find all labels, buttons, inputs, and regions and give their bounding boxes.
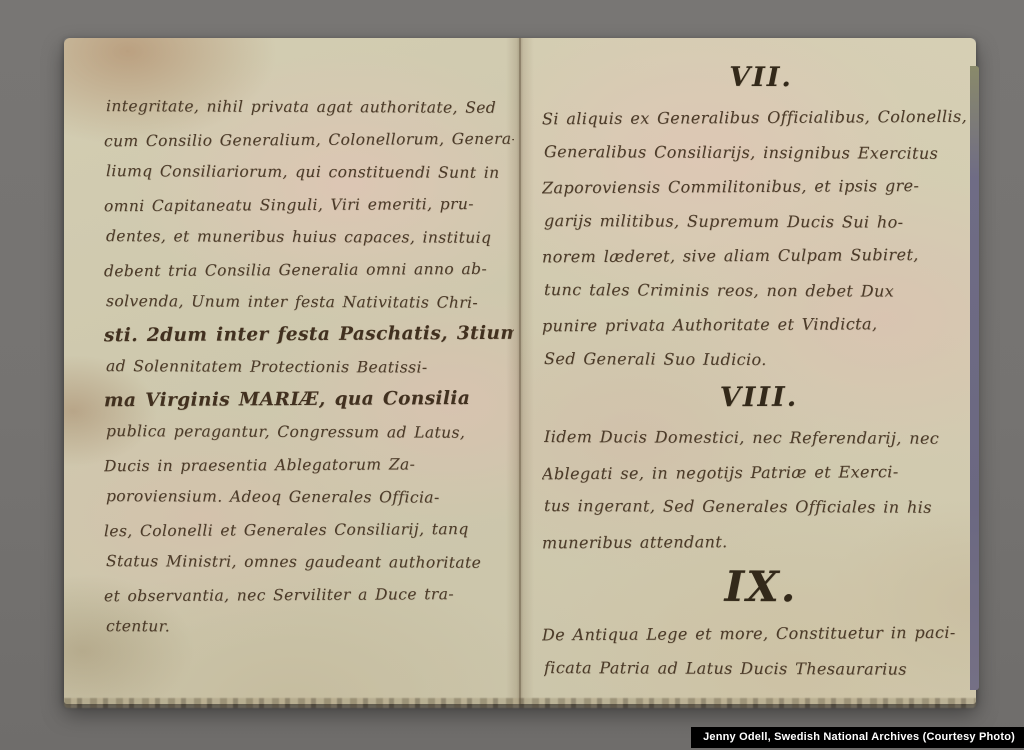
manuscript-line: garijs militibus, Supremum Ducis Sui ho- <box>544 205 976 241</box>
manuscript-line: solvenda, Unum inter festa Nativitatis C… <box>106 286 516 320</box>
manuscript-right-page: VII. Si aliquis ex Generalibus Officiali… <box>520 38 976 704</box>
manuscript-book: integritate, nihil privata agat authorit… <box>64 38 976 704</box>
manuscript-line: dentes, et muneribus huius capaces, inst… <box>106 221 516 255</box>
manuscript-line: sti. 2dum inter festa Paschatis, 3tium <box>104 318 514 353</box>
manuscript-line: tus ingerant, Sed Generales Officiales i… <box>544 490 976 526</box>
manuscript-line: ctentur. <box>106 611 516 645</box>
manuscript-line: liumq Consiliariorum, qui constituendi S… <box>106 156 516 190</box>
manuscript-line: muneribus attendant. <box>542 524 976 561</box>
manuscript-line: punire privata Authoritate et Vindicta, <box>542 308 976 345</box>
manuscript-line: Iidem Ducis Domestici, nec Referendarij,… <box>544 421 976 457</box>
manuscript-line: integritate, nihil privata agat authorit… <box>106 91 516 125</box>
right-page-text: VII. Si aliquis ex Generalibus Officiali… <box>520 38 976 687</box>
manuscript-line: VII. <box>544 57 976 103</box>
manuscript-line: omni Capitaneatu Singuli, Viri emeriti, … <box>104 188 514 223</box>
manuscript-line: et observantia, nec Serviliter a Duce tr… <box>104 578 514 613</box>
manuscript-line: norem læderet, sive aliam Culpam Subiret… <box>542 239 976 276</box>
manuscript-line: debent tria Consilia Generalia omni anno… <box>104 253 514 288</box>
manuscript-line: Zaporoviensis Commilitonibus, et ipsis g… <box>542 170 976 207</box>
manuscript-line: De Antiqua Lege et more, Constituetur in… <box>542 617 976 654</box>
left-page-text: integritate, nihil privata agat authorit… <box>64 38 520 645</box>
manuscript-line: ma Virginis MARIÆ, qua Consilia <box>104 383 514 418</box>
manuscript-line: les, Colonelli et Generales Consiliarij,… <box>104 513 514 548</box>
manuscript-line: Status Ministri, omnes gaudeant authorit… <box>106 546 516 580</box>
manuscript-line: Sed Generali Suo Iudicio. <box>544 343 976 379</box>
manuscript-line: Ducis in praesentia Ablegatorum Za- <box>104 448 514 483</box>
photo-credit: Jenny Odell, Swedish National Archives (… <box>691 727 1024 748</box>
manuscript-line: Ablegati se, in negotijs Patriæ et Exerc… <box>542 455 976 492</box>
manuscript-line: ad Solennitatem Protectionis Beatissi- <box>106 351 516 385</box>
manuscript-line: tunc tales Criminis reos, non debet Dux <box>544 274 976 310</box>
manuscript-line: Generalibus Consiliarijs, insignibus Exe… <box>544 136 976 172</box>
manuscript-line: VIII. <box>542 377 976 424</box>
book-right-edge <box>970 66 979 690</box>
manuscript-line: ficata Patria ad Latus Ducis Thesaurariu… <box>544 652 976 688</box>
manuscript-line: Si aliquis ex Generalibus Officialibus, … <box>542 101 976 138</box>
manuscript-line: cum Consilio Generalium, Colonellorum, G… <box>104 123 514 158</box>
manuscript-line: poroviensium. Adeoq Generales Officia- <box>106 481 516 515</box>
manuscript-line: publica peragantur, Congressum ad Latus, <box>106 416 516 450</box>
manuscript-left-page: integritate, nihil privata agat authorit… <box>64 38 520 704</box>
manuscript-line: IX. <box>544 559 976 619</box>
photo-background: integritate, nihil privata agat authorit… <box>0 0 1024 750</box>
